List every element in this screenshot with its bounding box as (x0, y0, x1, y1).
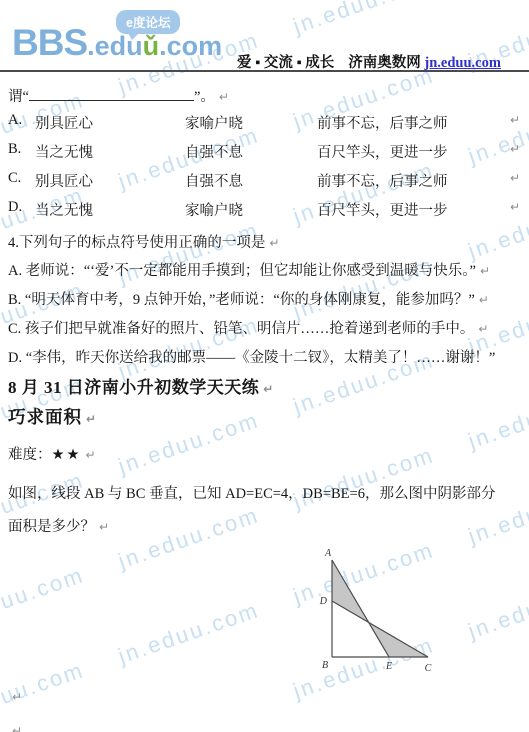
problem-text-line1: 如图，线段 AB 与 BC 垂直，已知 AD=EC=4，DB=BE=6，那么图中… (8, 482, 495, 503)
site-link[interactable]: jn.eduu.com (424, 55, 501, 71)
option-word2: 自强不息 (185, 170, 243, 191)
q3-option-row: A. 别具匠心 家喻户晓 前事不忘，后事之师 ↵ (8, 112, 522, 132)
problem-text-line2: 面积是多少？↵ (8, 515, 109, 536)
q4-option: C. 孩子们把早就准备好的照片、铅笔、明信片……抢着递到老师的手中。↵ (8, 317, 488, 338)
q4-option: A. 老师说：“‘爱’不一定都能用手摸到；但它却能让你感受到温暖与快乐。”↵ (8, 259, 490, 280)
option-word1: 当之无愧 (35, 141, 93, 162)
vertex-label-c: C (425, 663, 432, 674)
option-word1: 别具匠心 (35, 112, 93, 133)
watermark-text: jn.eduu.com (290, 0, 438, 40)
fill-blank-prefix: 谓 (8, 89, 23, 105)
option-word3: 百尺竿头，更进一步 (317, 199, 448, 220)
paragraph-mark: ↵ (99, 520, 109, 534)
vertex-label-e: E (385, 661, 392, 672)
difficulty-stars: ★★ (52, 447, 82, 463)
option-word3: 前事不忘，后事之师 (317, 170, 448, 191)
header-divider (0, 70, 529, 72)
paragraph-mark: ↵ (510, 142, 520, 156)
option-word2: 自强不息 (185, 141, 243, 162)
watermark-text: jn.eduu.com (290, 442, 438, 515)
option-label: B. (8, 141, 21, 158)
paragraph-mark: ↵ (12, 724, 22, 732)
heading-text: 8 月 31 日济南小升初数学天天练 (8, 378, 259, 397)
topic-heading: 巧求面积↵ (8, 404, 97, 429)
paragraph-mark: ↵ (219, 90, 229, 104)
q4-option: D. “李伟，昨天你送给我的邮票——《金陵十二钗》，太精美了！……谢谢！” (8, 346, 495, 367)
q4-title-text: 4.下列句子的标点符号使用正确的一项是 (8, 235, 265, 251)
option-word3: 百尺竿头，更进一步 (317, 141, 448, 162)
watermark-text: jn.eduu.com (465, 382, 529, 455)
logo-com-text: .com (159, 31, 222, 61)
blank-underline (29, 87, 194, 101)
q4-question-title: 4.下列句子的标点符号使用正确的一项是↵ (8, 231, 279, 252)
watermark-text: jn.eduu.com (115, 502, 263, 575)
forum-badge: e度论坛 (116, 10, 180, 34)
logo-green-u: ǔ (143, 31, 160, 61)
paragraph-mark: ↵ (263, 382, 274, 396)
paragraph-mark: ↵ (269, 236, 279, 250)
topic-text: 巧求面积 (8, 407, 82, 427)
option-label: A. (8, 112, 22, 129)
paragraph-mark: ↵ (510, 171, 520, 185)
paragraph-mark: ↵ (86, 448, 96, 462)
paragraph-mark: ↵ (510, 113, 520, 127)
option-word2: 家喻户晓 (185, 112, 243, 133)
difficulty-label: 难度： (8, 447, 52, 463)
tagline-text: 爱 ▪ 交流 ▪ 成长 (237, 55, 334, 71)
document-page: jn.eduu.com jn.eduu.com jn.eduu.com jn.e… (0, 0, 529, 732)
q3-option-row: D. 当之无愧 家喻户晓 百尺竿头，更进一步 ↵ (8, 199, 522, 219)
watermark-text: jn.eduu.com (465, 572, 529, 645)
q4-option-text: D. “李伟，昨天你送给我的邮票——《金陵十二钗》，太精美了！……谢谢！” (8, 350, 495, 366)
problem-text: 面积是多少？ (8, 519, 95, 535)
close-quote: ”。 (194, 89, 215, 105)
option-word3: 前事不忘，后事之师 (317, 112, 448, 133)
fill-blank-line: 谓“”。↵ (8, 85, 229, 106)
paragraph-mark: ↵ (12, 690, 22, 704)
paragraph-mark: ↵ (479, 293, 489, 307)
vertex-label-a: A (324, 548, 332, 559)
problem-text: 如图，线段 AB 与 BC 垂直，已知 AD=EC=4，DB=BE=6，那么图中… (8, 486, 495, 502)
daily-practice-heading: 8 月 31 日济南小升初数学天天练↵ (8, 373, 274, 398)
paragraph-mark: ↵ (510, 200, 520, 214)
q4-option-text: C. 孩子们把早就准备好的照片、铅笔、明信片……抢着递到老师的手中。 (8, 321, 474, 337)
option-word2: 家喻户晓 (185, 199, 243, 220)
watermark-text: jn.eduu.com (0, 562, 88, 635)
logo-bbs-text: BBS (12, 22, 87, 63)
q3-option-row: C. 别具匠心 自强不息 前事不忘，后事之师 ↵ (8, 170, 522, 190)
difficulty-line: 难度：★★↵ (8, 443, 96, 464)
option-label: C. (8, 170, 21, 187)
paragraph-mark: ↵ (86, 412, 97, 426)
header-tagline-row: 爱 ▪ 交流 ▪ 成长济南奥数网 jn.eduu.com (237, 51, 501, 72)
watermark-text: jn.eduu.com (115, 407, 263, 480)
paragraph-mark: ↵ (480, 264, 490, 278)
watermark-text: jn.eduu.com (115, 597, 263, 670)
option-word1: 别具匠心 (35, 170, 93, 191)
q4-option-text: A. 老师说：“‘爱’不一定都能用手摸到；但它却能让你感受到温暖与快乐。” (8, 263, 476, 279)
q4-option: B. “明天体育中考，9 点钟开始，”老师说：“你的身体刚康复，能参加吗？”↵ (8, 288, 489, 309)
q3-option-row: B. 当之无愧 自强不息 百尺竿头，更进一步 ↵ (8, 141, 522, 161)
option-label: D. (8, 199, 22, 216)
geometry-diagram: A D B E C (290, 545, 450, 685)
vertex-label-d: D (319, 596, 328, 607)
option-word1: 当之无愧 (35, 199, 93, 220)
vertex-label-b: B (322, 660, 328, 671)
q4-option-text: B. “明天体育中考，9 点钟开始，”老师说：“你的身体刚康复，能参加吗？” (8, 292, 475, 308)
paragraph-mark: ↵ (478, 322, 488, 336)
site-name-label: 济南奥数网 (348, 55, 421, 71)
